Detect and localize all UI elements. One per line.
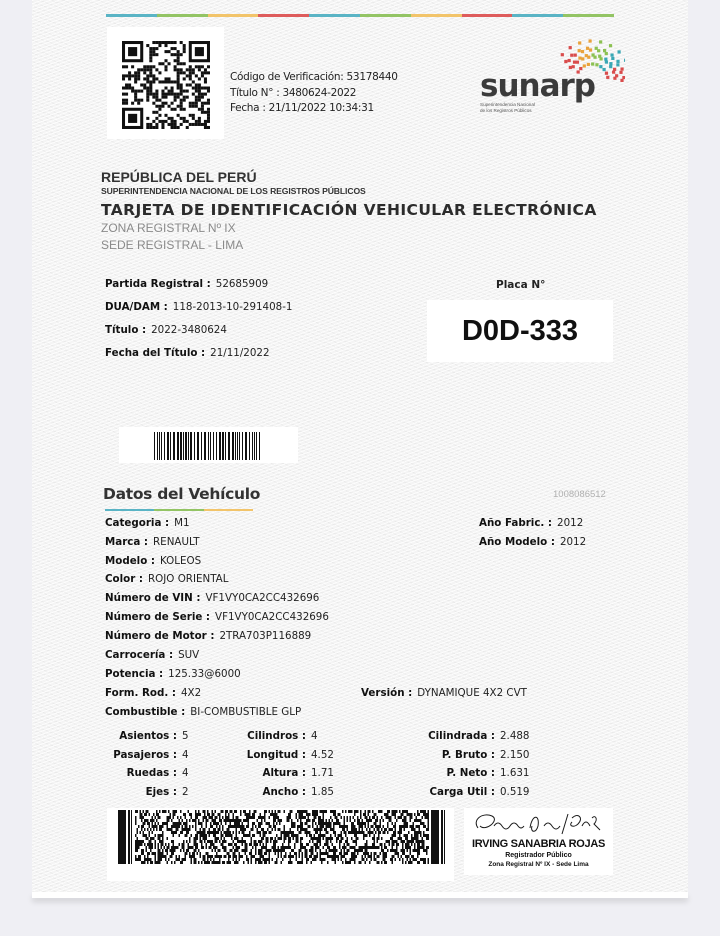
office-label: SEDE REGISTRAL - LIMA <box>101 238 243 252</box>
document-number: 1008086512 <box>553 489 606 500</box>
pdf417-barcode-box <box>107 808 454 881</box>
field-serie: Número de Serie :VF1VY0CA2CC432696 <box>105 611 329 623</box>
field-cilindros: Cilindros :4 <box>247 730 335 742</box>
page-bottom-edge <box>32 892 688 898</box>
agency-heading: SUPERINTENDENCIA NACIONAL DE LOS REGISTR… <box>101 186 366 196</box>
field-asientos: Asientos :5 <box>119 730 194 742</box>
country-heading: REPÚBLICA DEL PERÚ <box>101 169 257 185</box>
verification-block: Código de Verificación: 53178440 Título … <box>230 70 398 117</box>
field-dua: DUA/DAM :118-2013-10-291408-1 <box>105 301 292 313</box>
field-combustible: Combustible :BI-COMBUSTIBLE GLP <box>105 706 301 718</box>
field-ancho: Ancho :1.85 <box>262 786 335 798</box>
field-ruedas: Ruedas :4 <box>127 767 194 779</box>
signature-block: IRVING SANABRIA ROJAS Registrador Públic… <box>464 808 613 875</box>
field-fecha-titulo: Fecha del Título :21/11/2022 <box>105 347 270 359</box>
plate-box: D0D-333 <box>427 300 613 362</box>
qr-code-icon <box>122 41 210 129</box>
field-carga-util: Carga Util :0.519 <box>429 786 530 798</box>
sunarp-logo: sunarp Superintendencia Nacional de los … <box>470 38 625 128</box>
field-p-neto: P. Neto :1.631 <box>447 767 530 779</box>
field-potencia: Potencia :125.33@6000 <box>105 668 241 680</box>
pdf417-barcode-icon <box>118 810 445 864</box>
field-version: Versión :DYNAMIQUE 4X2 CVT <box>361 687 527 699</box>
field-carroceria: Carrocería :SUV <box>105 649 199 661</box>
field-form-rod: Form. Rod. :4X2 <box>105 687 201 699</box>
color-stripe <box>106 14 614 17</box>
title-number: Título N° : 3480624-2022 <box>230 86 398 102</box>
section-title-vehicle: Datos del Vehículo <box>103 485 260 503</box>
document-title: TARJETA DE IDENTIFICACIÓN VEHICULAR ELEC… <box>101 201 597 219</box>
issue-datetime: Fecha : 21/11/2022 10:34:31 <box>230 101 398 117</box>
logo-subtitle: Superintendencia Nacional de los Registr… <box>480 102 535 114</box>
qr-code-box <box>107 27 224 139</box>
field-ejes: Ejes :2 <box>146 786 194 798</box>
zone-label: ZONA REGISTRAL Nº IX <box>101 221 236 235</box>
barcode-box <box>119 427 298 463</box>
field-altura: Altura :1.71 <box>263 767 335 779</box>
section-accent-line <box>105 509 253 511</box>
logo-wordmark: sunarp <box>480 68 595 104</box>
plate-label: Placa N° <box>496 279 545 291</box>
field-motor: Número de Motor :2TRA703P116889 <box>105 630 311 642</box>
field-cilindrada: Cilindrada :2.488 <box>428 730 530 742</box>
field-categoria: Categoria :M1 <box>105 517 190 529</box>
verification-code: Código de Verificación: 53178440 <box>230 70 398 86</box>
field-marca: Marca :RENAULT <box>105 536 200 548</box>
field-modelo: Modelo :KOLEOS <box>105 555 201 567</box>
field-anio-fabric: Año Fabric. :2012 <box>479 517 583 529</box>
field-p-bruto: P. Bruto :2.150 <box>442 749 530 761</box>
field-titulo: Título :2022-3480624 <box>105 324 227 336</box>
field-partida: Partida Registral :52685909 <box>105 278 268 290</box>
plate-number: D0D-333 <box>462 315 578 348</box>
signature-icon <box>464 808 613 838</box>
registrar-name: IRVING SANABRIA ROJAS <box>464 838 613 850</box>
registrar-role: Registrador Público <box>464 852 613 859</box>
field-color: Color :ROJO ORIENTAL <box>105 573 228 585</box>
field-anio-modelo: Año Modelo :2012 <box>479 536 586 548</box>
barcode-icon <box>154 432 262 460</box>
registrar-zone: Zona Registral Nº IX - Sede Lima <box>464 861 613 868</box>
field-pasajeros: Pasajeros :4 <box>113 749 194 761</box>
field-vin: Número de VIN :VF1VY0CA2CC432696 <box>105 592 319 604</box>
field-longitud: Longitud :4.52 <box>247 749 335 761</box>
